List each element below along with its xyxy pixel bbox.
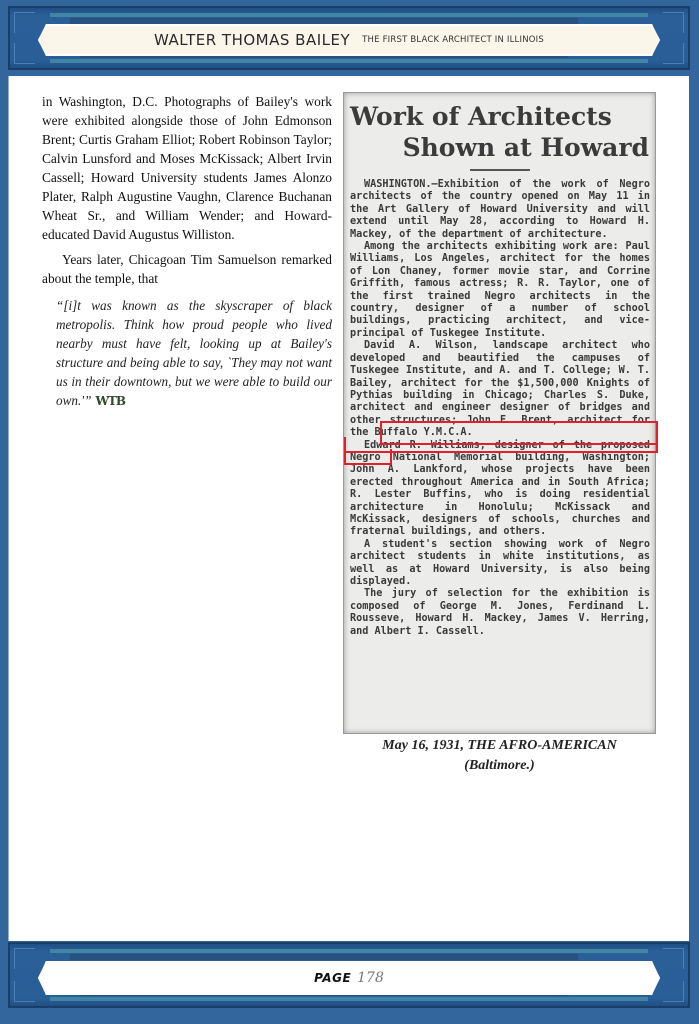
clipping-paragraph: Edward R. Williams, designer of the prop… (350, 440, 650, 539)
caption-line: (Baltimore.) (343, 756, 656, 776)
banner-stripe (50, 13, 648, 17)
banner-stripe (70, 954, 578, 960)
ornament-icon (663, 12, 684, 33)
newspaper-clipping: Work of Architects Shown at Howard WASHI… (343, 92, 656, 734)
clipping-paragraph: David A. Wilson, landscape architect who… (350, 340, 650, 439)
header-plaque: WALTER THOMAS BAILEY THE FIRST BLACK ARC… (38, 24, 660, 56)
block-quote: “[i]t was known as the skyscraper of bla… (56, 296, 332, 411)
banner-stripe (50, 949, 648, 953)
left-column-text: in Washington, D.C. Photographs of Baile… (42, 92, 332, 411)
ornament-icon (14, 43, 35, 64)
clipping-paragraph: The jury of selection for the exhibition… (350, 588, 650, 638)
ornament-icon (663, 948, 684, 969)
header-banner: WALTER THOMAS BAILEY THE FIRST BLACK ARC… (8, 6, 690, 70)
clipping-paragraph: Among the architects exhibiting work are… (350, 241, 650, 340)
ornament-icon (14, 948, 35, 969)
ornament-icon (14, 981, 35, 1002)
banner-stripe (70, 18, 578, 24)
wtb-logo-icon: WTB (95, 392, 125, 411)
divider (470, 169, 530, 171)
book-subtitle: THE FIRST BLACK ARCHITECT IN ILLINOIS (362, 35, 544, 45)
footer-banner: PAGE 178 (8, 942, 690, 1008)
clipping-headline: Work of Architects Shown at Howard (350, 101, 655, 163)
footer-plaque: PAGE 178 (38, 961, 660, 995)
page-label: PAGE (314, 971, 351, 985)
ornament-icon (663, 43, 684, 64)
clipping-body: WASHINGTON.—Exhibition of the work of Ne… (344, 179, 655, 638)
book-title: WALTER THOMAS BAILEY (154, 31, 350, 49)
banner-stripe (50, 997, 648, 1001)
ornament-icon (14, 12, 35, 33)
paragraph: in Washington, D.C. Photographs of Baile… (42, 92, 332, 244)
caption-line: May 16, 1931, THE AFRO-AMERICAN (343, 736, 656, 756)
banner-stripe (50, 59, 648, 63)
clipping-caption: May 16, 1931, THE AFRO-AMERICAN (Baltimo… (343, 736, 656, 776)
clipping-paragraph: A student's section showing work of Negr… (350, 539, 650, 589)
page-number: 178 (357, 970, 384, 986)
clipping-paragraph: WASHINGTON.—Exhibition of the work of Ne… (350, 179, 650, 241)
ornament-icon (663, 981, 684, 1002)
headline-line: Work of Architects (350, 102, 612, 131)
headline-line: Shown at Howard (350, 132, 655, 163)
paragraph: Years later, Chicagoan Tim Samuelson rem… (42, 250, 332, 288)
